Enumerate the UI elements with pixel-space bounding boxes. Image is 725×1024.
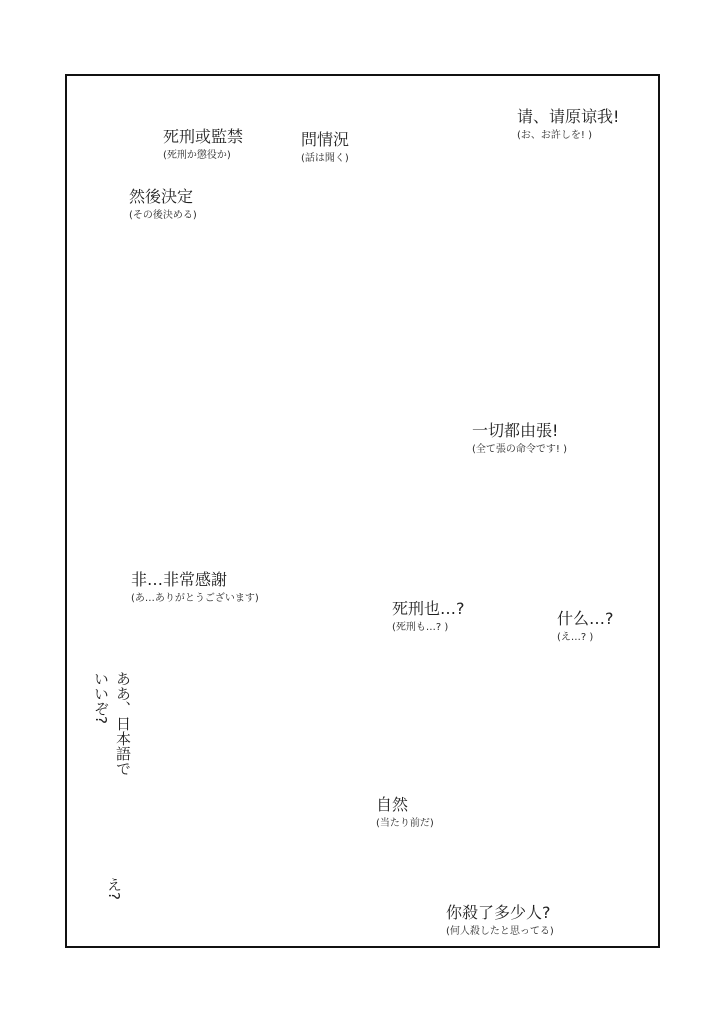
dialogue-japanese-translation: (全て張の命令です! ) — [472, 443, 567, 457]
dialogue-japanese-translation: (話は聞く) — [301, 152, 349, 166]
dialogue-chinese: 请、请原谅我! — [517, 107, 619, 127]
dialogue-japanese-translation: (え…? ) — [557, 631, 614, 645]
dialogue-japanese-translation: (お、お許しを! ) — [517, 129, 619, 143]
dialogue-ask-situation: 問情況 (話は聞く) — [301, 130, 349, 166]
vertical-dialogue-fine: いいぞ? — [92, 671, 110, 724]
dialogue-decide-later: 然後決定 (その後決める) — [129, 187, 197, 223]
dialogue-naturally: 自然 (当たり前だ) — [376, 795, 434, 831]
dialogue-chinese: 死刑也…? — [392, 599, 465, 619]
dialogue-chinese: 然後決定 — [129, 187, 197, 207]
dialogue-japanese-translation: (死刑も…? ) — [392, 621, 465, 635]
dialogue-japanese-translation: (死刑か懲役か) — [163, 149, 243, 163]
dialogue-japanese-translation: (あ…ありがとうございます) — [131, 592, 259, 606]
dialogue-chinese: 一切都由張! — [472, 421, 567, 441]
dialogue-chinese: 死刑或監禁 — [163, 127, 243, 147]
dialogue-thank-you: 非…非常感謝 (あ…ありがとうございます) — [131, 570, 259, 606]
vertical-dialogue-japanese-ok: ああ、日本語で — [114, 671, 132, 776]
dialogue-chinese: 什么…? — [557, 609, 614, 629]
dialogue-japanese-translation: (その後決める) — [129, 209, 197, 223]
dialogue-death-too: 死刑也…? (死刑も…? ) — [392, 599, 465, 635]
dialogue-japanese-translation: (何人殺したと思ってる) — [446, 925, 554, 939]
dialogue-chinese: 問情況 — [301, 130, 349, 150]
vertical-dialogue-eh: え? — [105, 877, 123, 900]
dialogue-all-zhang: 一切都由張! (全て張の命令です! ) — [472, 421, 567, 457]
dialogue-death-or-prison: 死刑或監禁 (死刑か懲役か) — [163, 127, 243, 163]
dialogue-chinese: 你殺了多少人? — [446, 903, 554, 923]
dialogue-chinese: 非…非常感謝 — [131, 570, 259, 590]
dialogue-please-forgive: 请、请原谅我! (お、お許しを! ) — [517, 107, 619, 143]
dialogue-how-many-killed: 你殺了多少人? (何人殺したと思ってる) — [446, 903, 554, 939]
dialogue-japanese-translation: (当たり前だ) — [376, 817, 434, 831]
dialogue-chinese: 自然 — [376, 795, 434, 815]
dialogue-what: 什么…? (え…? ) — [557, 609, 614, 645]
